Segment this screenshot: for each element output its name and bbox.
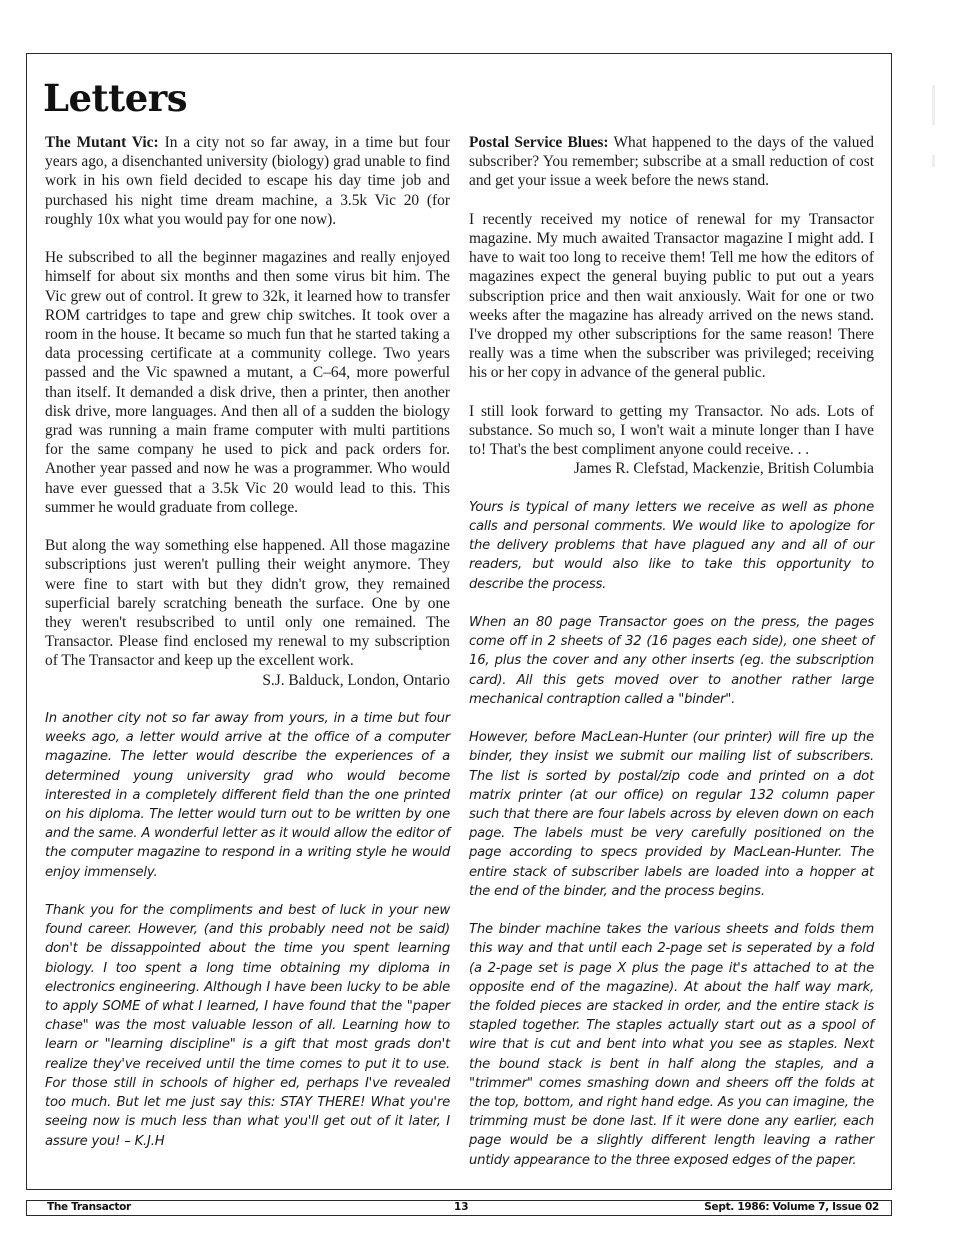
editor-reply-p2: When an 80 page Transactor goes on the p…: [469, 613, 874, 709]
editor-reply-p3: However, before MacLean-Hunter (our prin…: [469, 728, 874, 901]
right-column: Postal Service Blues: What happened to t…: [469, 133, 874, 1170]
left-column: The Mutant Vic: In a city not so far awa…: [45, 133, 450, 1170]
page-footer: The Transactor 13 Sept. 1986: Volume 7, …: [26, 1200, 892, 1216]
letter-mutant-vic-p2: He subscribed to all the beginner magazi…: [45, 248, 450, 517]
editor-reply-p1: In another city not so far away from you…: [45, 709, 450, 882]
editor-reply-p4: The binder machine takes the various she…: [469, 920, 874, 1170]
letter-mutant-vic-p1: The Mutant Vic: In a city not so far awa…: [45, 133, 450, 229]
letter-heading: The Mutant Vic:: [45, 134, 159, 151]
letter-postal-blues-p1: Postal Service Blues: What happened to t…: [469, 133, 874, 191]
letter-signature: S.J. Balduck, London, Ontario: [45, 671, 450, 690]
footer-issue-info: Sept. 1986: Volume 7, Issue 02: [704, 1201, 879, 1214]
page-title: Letters: [43, 76, 187, 120]
scan-edge-mark: [932, 155, 935, 167]
editor-reply-p1: Yours is typical of many letters we rece…: [469, 498, 874, 594]
footer-page-number: 13: [454, 1201, 469, 1214]
scan-edge-mark: [932, 85, 935, 125]
letter-mutant-vic-p3: But along the way something else happene…: [45, 536, 450, 670]
letter-postal-blues-p2: I recently received my notice of renewal…: [469, 210, 874, 383]
editor-reply-p2: Thank you for the compliments and best o…: [45, 901, 450, 1151]
letter-signature: James R. Clefstad, Mackenzie, British Co…: [469, 459, 874, 478]
letter-heading: Postal Service Blues:: [469, 134, 609, 151]
footer-magazine-name: The Transactor: [47, 1201, 131, 1214]
letter-postal-blues-p3: I still look forward to getting my Trans…: [469, 402, 874, 460]
